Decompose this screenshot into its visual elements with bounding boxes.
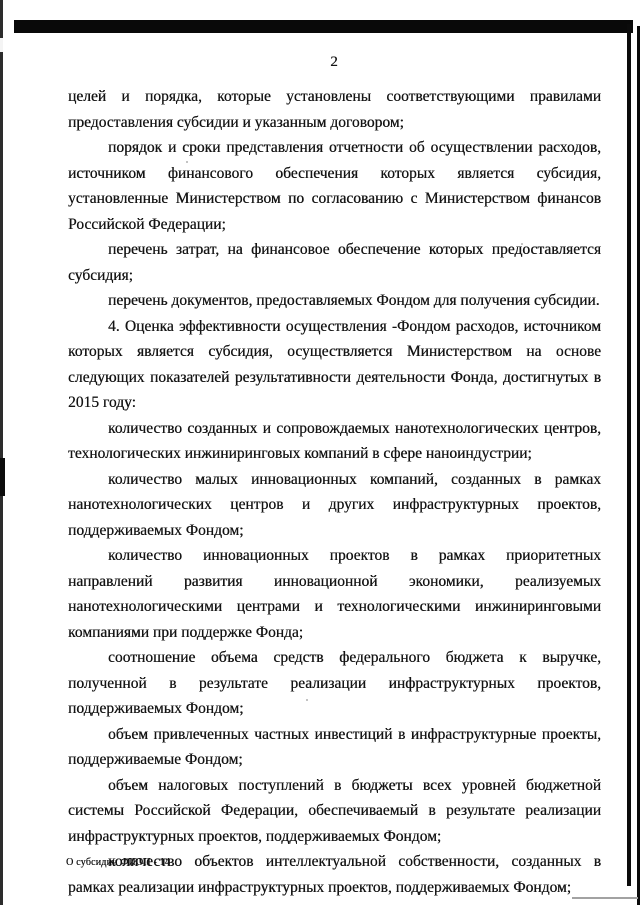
paragraph: перечень затрат, на финансовое обеспечен… xyxy=(68,237,601,288)
scan-border-left xyxy=(0,0,3,905)
paragraph: количество малых инновационных компаний,… xyxy=(68,467,601,544)
paragraph-section-4: 4. Оценка эффективности осуществления -Ф… xyxy=(68,314,601,416)
scanned-document-page: 2 целей и порядка, которые установлены с… xyxy=(0,0,640,905)
paragraph: количество созданных и сопровождаемых на… xyxy=(68,416,601,467)
page-number: 2 xyxy=(68,54,600,71)
scan-border-left-blob xyxy=(0,458,5,496)
scan-border-left-notch xyxy=(0,38,3,52)
paragraph: соотношение объема средств федерального … xyxy=(68,645,601,722)
paragraph: порядок и сроки представления отчетности… xyxy=(68,135,601,237)
document-body: целей и порядка, которые установлены соо… xyxy=(68,84,601,900)
paragraph: перечень документов, предоставляемых Фон… xyxy=(68,288,601,314)
paragraph: объем налоговых поступлений в бюджеты вс… xyxy=(68,773,601,850)
scan-border-right-inner xyxy=(627,24,631,886)
paragraph: количество инновационных проектов в рамк… xyxy=(68,543,601,645)
paragraph-continuation: целей и порядка, которые установлены соо… xyxy=(68,84,601,135)
paragraph: объем привлеченных частных инвестиций в … xyxy=(68,722,601,773)
scan-border-top xyxy=(14,20,633,33)
document-footer-code: О субсидии ФИОП - 14 xyxy=(66,857,170,868)
